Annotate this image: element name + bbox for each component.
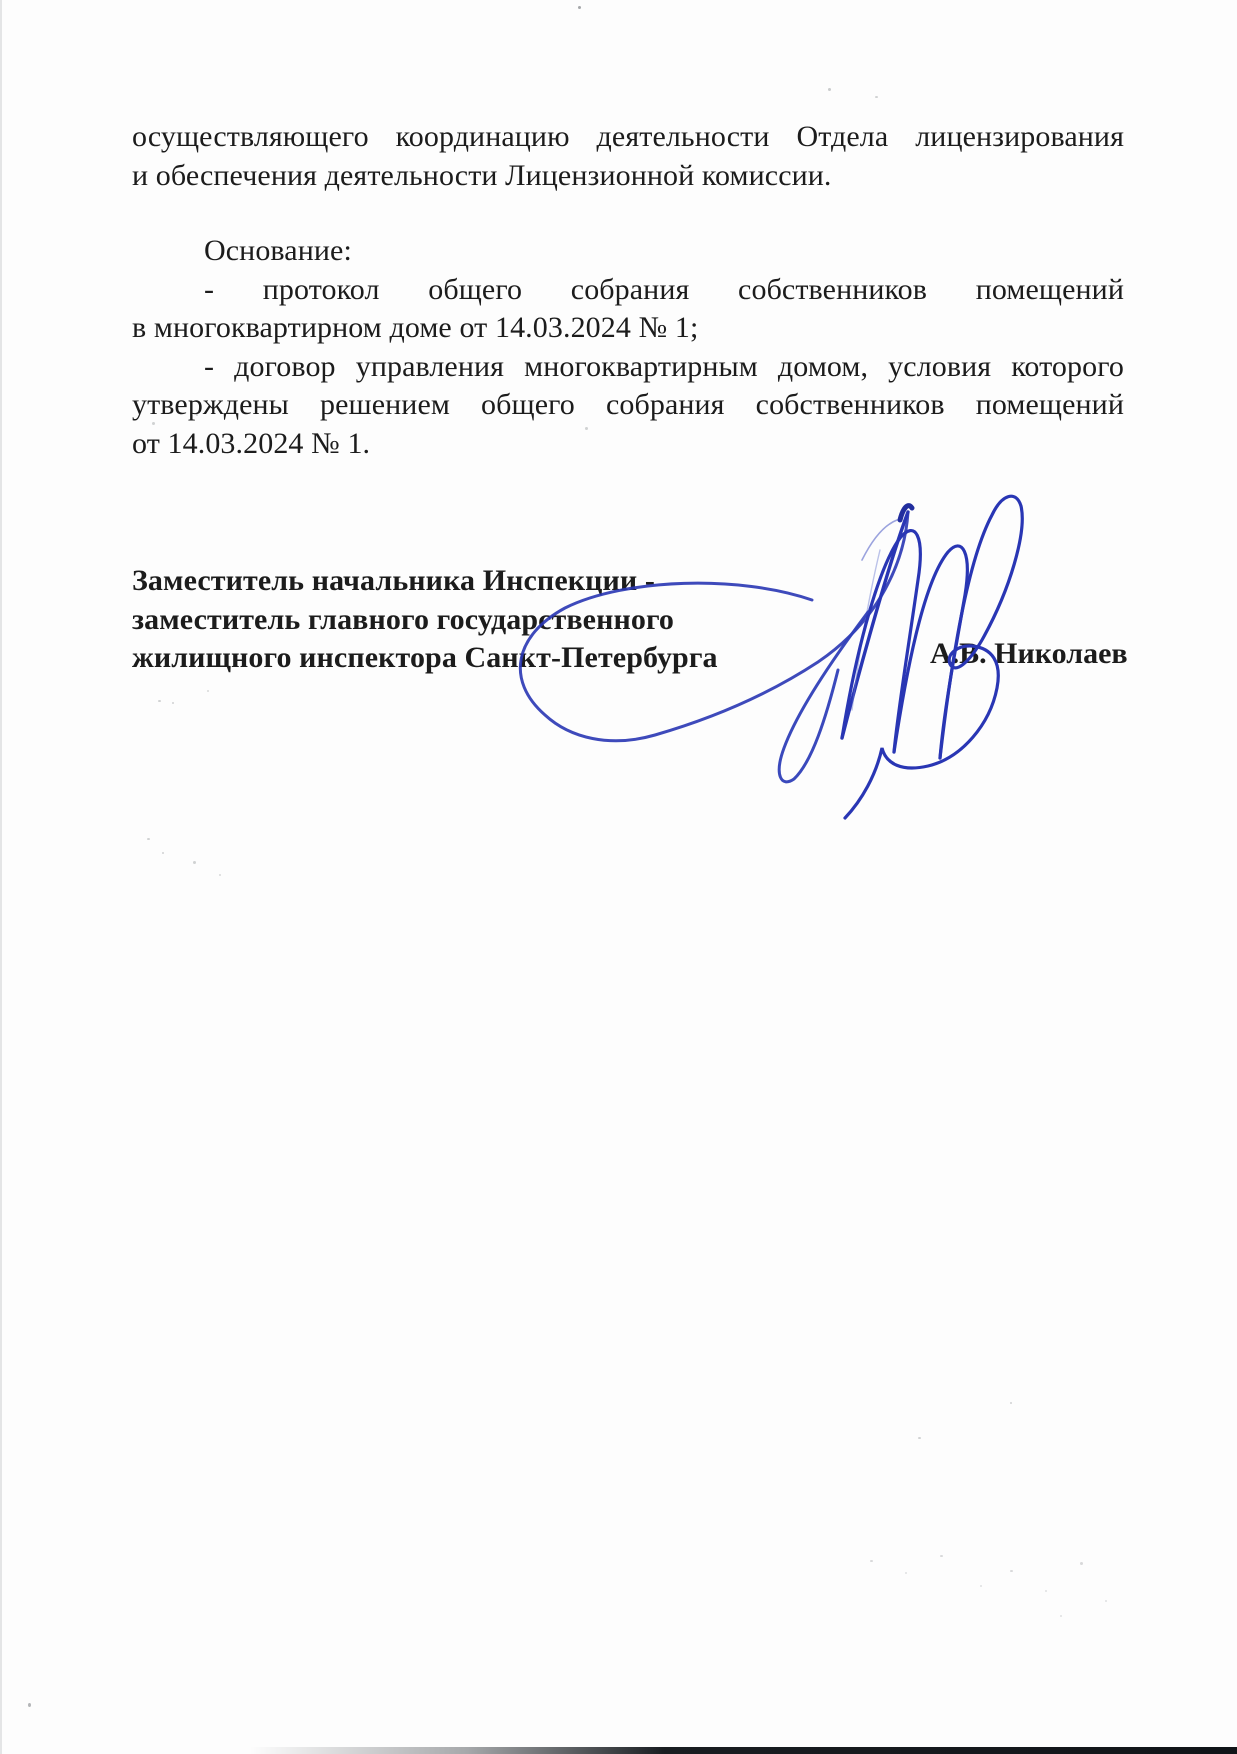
scan-speck — [196, 414, 198, 416]
scan-speck — [152, 422, 155, 425]
scan-speck — [875, 96, 878, 98]
scan-speck — [1045, 1590, 1047, 1592]
scan-speck — [28, 1703, 31, 1707]
scan-speck — [585, 427, 588, 430]
scan-edge-left — [0, 0, 2, 1754]
basis-item1-line-2: в многоквартирном доме от 14.03.2024 № 1… — [132, 309, 1124, 348]
document-page: осуществляющего координацию деятельности… — [0, 0, 1237, 1754]
scan-speck — [162, 852, 164, 854]
scan-speck — [1010, 1402, 1012, 1404]
paragraph-coordination-line-2: и обеспечения деятельности Лицензионной … — [132, 157, 1124, 196]
paragraph-coordination-line-1: осуществляющего координацию деятельности… — [132, 118, 1124, 157]
scan-speck — [158, 700, 161, 702]
scan-speck — [918, 1437, 921, 1439]
basis-item1-line-1: - протокол общего собрания собственников… — [132, 271, 1124, 310]
scan-speck — [870, 1560, 873, 1562]
scan-edge-bottom — [250, 1747, 1237, 1754]
scan-speck — [940, 1555, 943, 1557]
scan-speck — [1080, 1562, 1083, 1565]
basis-item2-line-1: - договор управления многоквартирным дом… — [132, 348, 1124, 387]
basis-heading: Основание: — [132, 232, 1124, 271]
scan-speck — [207, 690, 209, 692]
scan-speck — [828, 88, 831, 91]
paragraph-coordination: осуществляющего координацию деятельности… — [132, 118, 1124, 195]
scan-speck — [1060, 1615, 1062, 1617]
scan-speck — [1105, 1600, 1107, 1602]
scan-speck — [193, 861, 196, 864]
scan-speck — [147, 838, 150, 840]
scan-speck — [219, 874, 221, 876]
scan-speck — [578, 6, 581, 9]
scan-speck — [1010, 1570, 1013, 1572]
basis-item2-line-2: утверждены решением общего собрания собс… — [132, 386, 1124, 425]
scan-speck — [980, 1585, 982, 1587]
scan-speck — [905, 1572, 907, 1574]
signature-ink — [460, 430, 1040, 840]
scan-speck — [172, 702, 174, 704]
section-basis: Основание: - протокол общего собрания со… — [132, 232, 1124, 463]
